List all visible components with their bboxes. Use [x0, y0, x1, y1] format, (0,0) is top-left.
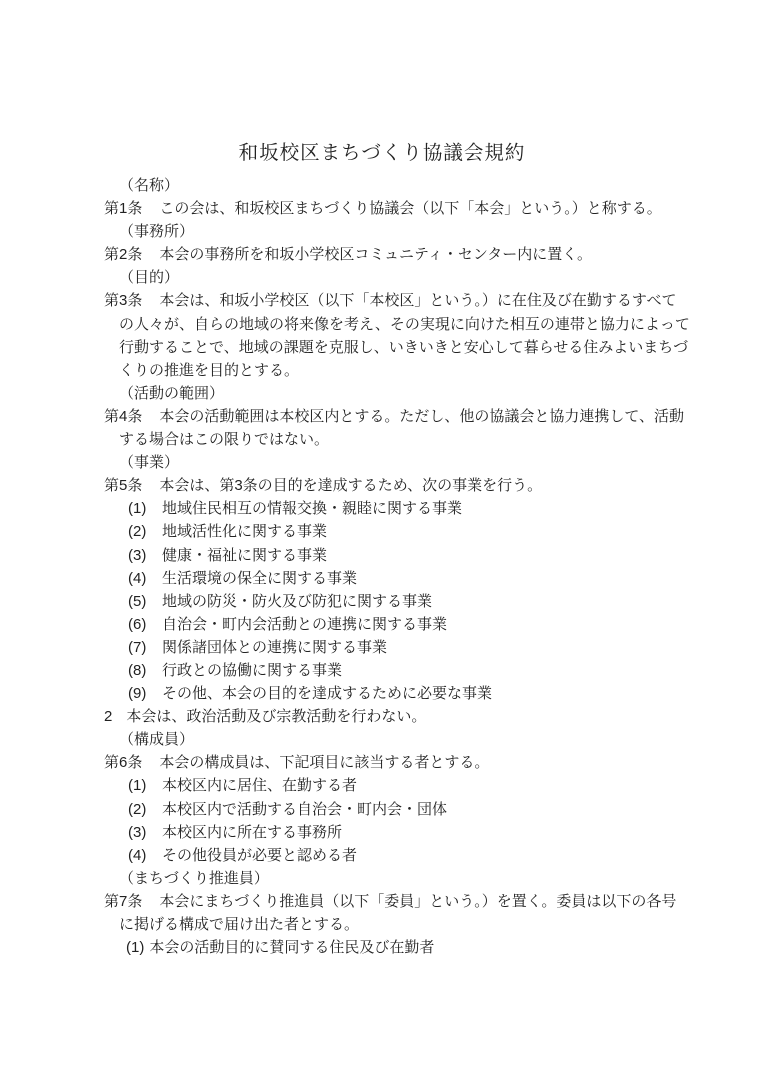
line-text: 健康・福祉に関する事業 [162, 547, 327, 564]
article-6-item-3: (3)本校区内に所在する事務所 [104, 821, 704, 844]
document-page: 和坂校区まちづくり協議会規約 （名称）第1条この会は、和坂校区まちづくり協議会（… [0, 0, 764, 1080]
article-5-item-3: (3)健康・福祉に関する事業 [104, 544, 704, 567]
line-text: 地域住民相互の情報交換・親睦に関する事業 [162, 500, 462, 517]
article-1: 第1条この会は、和坂校区まちづくり協議会（以下「本会」という。）と称する。 [104, 197, 704, 220]
line-text: （目的） [119, 269, 179, 286]
line-text: 行政との協働に関する事業 [162, 662, 342, 679]
line-text: 行動することで、地域の課題を克服し、いきいきと安心して暮らせる住みよいまちづ [119, 339, 688, 356]
line-label: (9) [128, 682, 150, 705]
section-label-name: （名称） [104, 174, 704, 197]
line-label: 第7条 [104, 890, 142, 913]
line-text: 本校区内に居住、在勤する者 [162, 777, 357, 794]
article-5: 第5条本会は、第3条の目的を達成するため、次の事業を行う。 [104, 474, 704, 497]
line-text: 本校区内で活動する自治会・町内会・団体 [162, 801, 447, 818]
line-label: (1) [128, 774, 150, 797]
line-text: 地域活性化に関する事業 [162, 523, 327, 540]
line-text: くりの推進を目的とする。 [119, 362, 299, 379]
article-5-item-5: (5)地域の防災・防火及び防犯に関する事業 [104, 590, 704, 613]
line-text: （名称） [119, 177, 179, 194]
line-label: (4) [128, 844, 150, 867]
line-text: （事業） [119, 454, 179, 471]
line-label: 第1条 [104, 197, 142, 220]
line-label: (6) [128, 613, 150, 636]
line-label: (3) [128, 821, 150, 844]
article-7-item-1: (1)本会の活動目的に賛同する住民及び在勤者 [104, 936, 704, 959]
line-text: 本会は、和坂小学校区（以下「本校区」という。）に在住及び在勤するすべて [159, 292, 676, 309]
line-text: に掲げる構成で届け出た者とする。 [119, 916, 359, 933]
article-3-line-3: 行動することで、地域の課題を克服し、いきいきと安心して暮らせる住みよいまちづ [104, 336, 704, 359]
line-text: （構成員） [119, 731, 194, 748]
line-text: 本会は、政治活動及び宗教活動を行わない。 [126, 708, 426, 725]
article-6: 第6条本会の構成員は、下記項目に該当する者とする。 [104, 751, 704, 774]
article-5-item-1: (1)地域住民相互の情報交換・親睦に関する事業 [104, 497, 704, 520]
line-label: (1) [126, 936, 144, 959]
line-text: する場合はこの限りではない。 [119, 431, 329, 448]
section-label-members: （構成員） [104, 728, 704, 751]
article-3-line-4: くりの推進を目的とする。 [104, 359, 704, 382]
line-text: 関係諸団体との連携に関する事業 [162, 639, 387, 656]
line-text: （活動の範囲） [119, 385, 224, 402]
line-label: 第3条 [104, 289, 142, 312]
line-text: 本会は、第3条の目的を達成するため、次の事業を行う。 [159, 477, 542, 494]
line-label: 2 [104, 705, 112, 728]
line-label: 第6条 [104, 751, 142, 774]
article-3-line-1: 第3条本会は、和坂小学校区（以下「本校区」という。）に在住及び在勤するすべて [104, 289, 704, 312]
section-label-activity-scope: （活動の範囲） [104, 382, 704, 405]
section-label-office: （事務所） [104, 220, 704, 243]
article-6-item-2: (2)本校区内で活動する自治会・町内会・団体 [104, 798, 704, 821]
line-label: (1) [128, 497, 150, 520]
article-5-item-7: (7)関係諸団体との連携に関する事業 [104, 636, 704, 659]
article-6-item-1: (1)本校区内に居住、在勤する者 [104, 774, 704, 797]
article-7-line-1: 第7条本会にまちづくり推進員（以下「委員」という。）を置く。委員は以下の各号 [104, 890, 704, 913]
line-text: その他、本会の目的を達成するために必要な事業 [162, 685, 492, 702]
line-text: 本会の活動範囲は本校区内とする。ただし、他の協議会と協力連携して、活動 [159, 408, 684, 425]
article-3-line-2: の人々が、自らの地域の将来像を考え、その実現に向けた相互の連帯と協力によって [104, 313, 704, 336]
line-text: 本会の事務所を和坂小学校区コミュニティ・センター内に置く。 [159, 246, 592, 263]
line-text: 本会の構成員は、下記項目に該当する者とする。 [159, 754, 489, 771]
article-7-line-2: に掲げる構成で届け出た者とする。 [104, 913, 704, 936]
line-label: 第2条 [104, 243, 142, 266]
article-4-line-2: する場合はこの限りではない。 [104, 428, 704, 451]
article-5-item-2: (2)地域活性化に関する事業 [104, 520, 704, 543]
article-5-item-8: (8)行政との協働に関する事業 [104, 659, 704, 682]
line-text: その他役員が必要と認める者 [162, 847, 357, 864]
line-label: (2) [128, 520, 150, 543]
line-label: (7) [128, 636, 150, 659]
line-text: （事務所） [119, 223, 194, 240]
line-label: (2) [128, 798, 150, 821]
article-5-item-6: (6)自治会・町内会活動との連携に関する事業 [104, 613, 704, 636]
line-text: （まちづくり推進員） [119, 870, 269, 887]
section-label-promoter: （まちづくり推進員） [104, 867, 704, 890]
article-4-line-1: 第4条本会の活動範囲は本校区内とする。ただし、他の協議会と協力連携して、活動 [104, 405, 704, 428]
article-6-item-4: (4)その他役員が必要と認める者 [104, 844, 704, 867]
line-text: 生活環境の保全に関する事業 [162, 570, 357, 587]
line-label: (3) [128, 544, 150, 567]
line-text: 本会にまちづくり推進員（以下「委員」という。）を置く。委員は以下の各号 [159, 893, 676, 910]
line-label: (8) [128, 659, 150, 682]
article-5-item-9: (9)その他、本会の目的を達成するために必要な事業 [104, 682, 704, 705]
document-body: （名称）第1条この会は、和坂校区まちづくり協議会（以下「本会」という。）と称する… [104, 174, 704, 959]
document-title: 和坂校区まちづくり協議会規約 [0, 137, 764, 165]
line-text: 自治会・町内会活動との連携に関する事業 [162, 616, 447, 633]
line-text: の人々が、自らの地域の将来像を考え、その実現に向けた相互の連帯と協力によって [119, 316, 690, 333]
line-label: 第5条 [104, 474, 142, 497]
line-label: (4) [128, 567, 150, 590]
line-text: 地域の防災・防火及び防犯に関する事業 [162, 593, 432, 610]
article-5-paragraph-2: 2本会は、政治活動及び宗教活動を行わない。 [104, 705, 704, 728]
line-text: この会は、和坂校区まちづくり協議会（以下「本会」という。）と称する。 [159, 200, 661, 217]
line-text: 本校区内に所在する事務所 [162, 824, 342, 841]
line-label: 第4条 [104, 405, 142, 428]
section-label-business: （事業） [104, 451, 704, 474]
section-label-purpose: （目的） [104, 266, 704, 289]
line-text: 本会の活動目的に賛同する住民及び在勤者 [149, 939, 434, 956]
article-5-item-4: (4)生活環境の保全に関する事業 [104, 567, 704, 590]
article-2: 第2条本会の事務所を和坂小学校区コミュニティ・センター内に置く。 [104, 243, 704, 266]
line-label: (5) [128, 590, 150, 613]
